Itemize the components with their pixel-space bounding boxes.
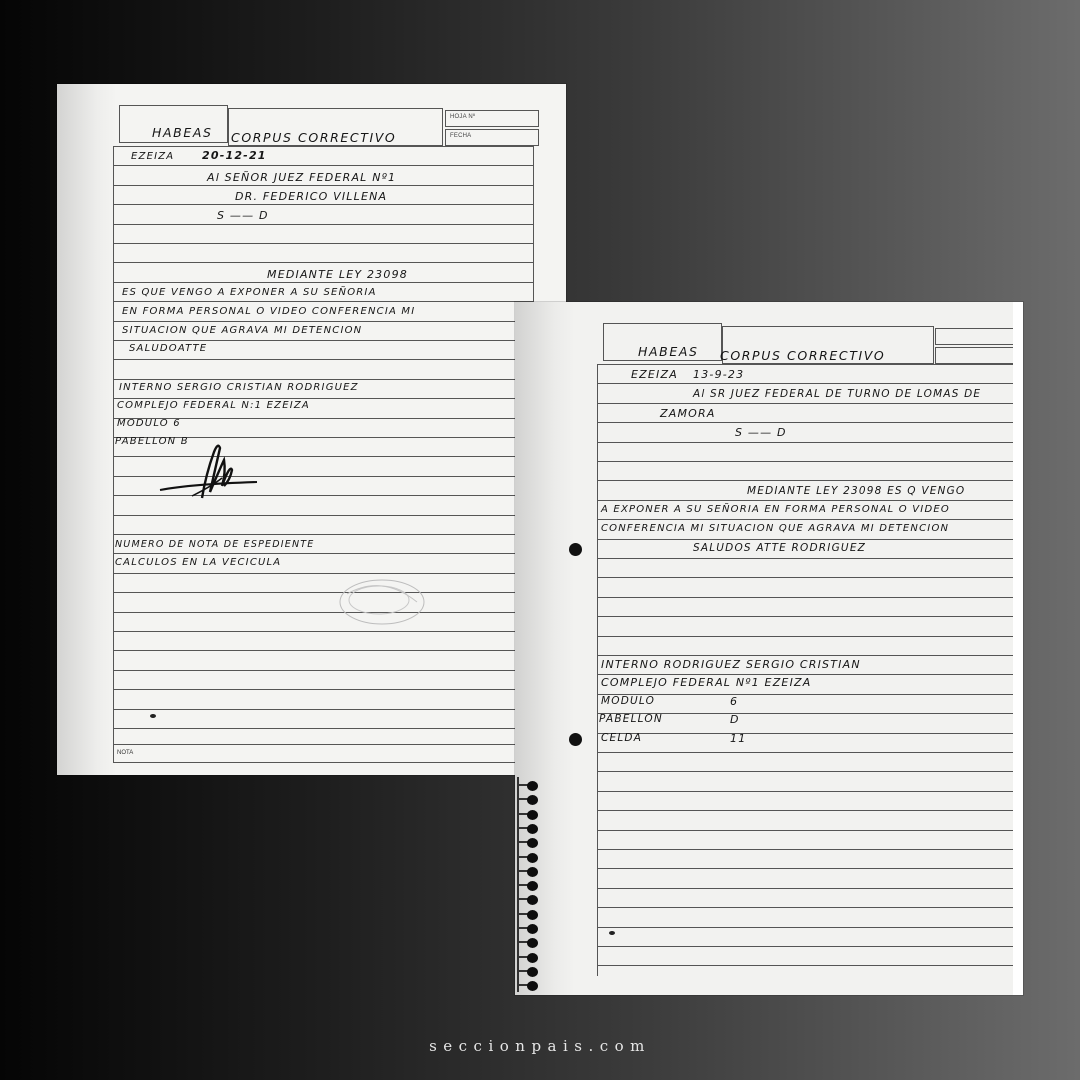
ruled-line (598, 694, 1023, 695)
spiral-coil (517, 938, 537, 948)
ruled-line (114, 243, 533, 244)
ruled-line (598, 636, 1023, 637)
ruled-line (598, 830, 1023, 831)
ruled-line (114, 165, 533, 166)
sender-line-1: INTERNO SERGIO CRISTIAN RODRIGUEZ (119, 382, 359, 393)
salutation: S —— D (217, 209, 269, 222)
ruled-line (598, 500, 1023, 501)
ruled-line (598, 383, 1023, 384)
ruled-line (598, 442, 1023, 443)
spiral-coil (517, 810, 537, 820)
title-corpus-correctivo: CORPUS CORRECTIVO (231, 130, 396, 145)
habeas-corpus-letter-2023: HABEAS CORPUS CORRECTIVO EZEIZA 13-9-23 … (515, 302, 1023, 995)
addressee-line-1: Al SEÑOR JUEZ FEDERAL Nº1 (207, 171, 396, 184)
ruled-line (598, 771, 1023, 772)
signature (152, 434, 272, 504)
spiral-coil (517, 953, 537, 963)
ruled-line (598, 655, 1023, 656)
ruled-line (598, 810, 1023, 811)
ruled-line (114, 573, 533, 574)
ruled-line (598, 577, 1023, 578)
spiral-coil (517, 781, 537, 791)
addressee-line-2: DR. FEDERICO VILLENA (235, 190, 387, 203)
sender-line-3: MODULO 6 (117, 418, 181, 429)
ruled-line (598, 403, 1023, 404)
ruled-line (598, 752, 1023, 753)
ruled-line (114, 670, 533, 671)
habeas-corpus-letter-2021: HOJA Nº FECHA NOTA HABEAS CORPUS CORRECT… (57, 84, 566, 775)
sheet-number-box: HOJA Nº (445, 110, 539, 127)
date-box: FECHA (445, 129, 539, 146)
ruled-line (598, 364, 1023, 365)
ruled-line (114, 592, 533, 593)
date-label: FECHA (450, 133, 471, 139)
ruled-line (598, 558, 1023, 559)
ruled-line (114, 515, 533, 516)
body-line-3: EN FORMA PERSONAL O VIDEO CONFERENCIA MI (122, 306, 415, 317)
site-watermark: seccionpais.com (0, 1037, 1080, 1055)
place: EZEIZA (131, 151, 174, 162)
spiral-binding (515, 777, 543, 992)
sender-line-1: INTERNO RODRIGUEZ SERGIO CRISTIAN (601, 658, 861, 671)
pavilion-value: D (730, 713, 740, 726)
ruled-line (598, 422, 1023, 423)
ruled-line (114, 224, 533, 225)
footnote-line-1: NUMERO DE NOTA DE ESPEDIENTE (115, 539, 314, 550)
place: EZEIZA (631, 368, 678, 381)
sender-line-2: COMPLEJO FEDERAL N:1 EZEIZA (117, 400, 310, 411)
ruled-line (598, 965, 1023, 966)
ruled-line (598, 461, 1023, 462)
sender-line-2: COMPLEJO FEDERAL Nº1 EZEIZA (601, 676, 811, 689)
punch-hole-bottom (569, 733, 582, 746)
ruled-line (114, 553, 533, 554)
body-line-4: SITUACION QUE AGRAVA MI DETENCION (122, 325, 362, 336)
date: 20-12-21 (202, 149, 267, 162)
salutation: S —— D (735, 426, 787, 439)
body-line-4: SALUDOS ATTE RODRIGUEZ (693, 542, 866, 554)
ruled-line (114, 709, 533, 710)
ruled-line (598, 946, 1023, 947)
ruled-line (598, 597, 1023, 598)
ruled-line (114, 204, 533, 205)
ruled-line (114, 301, 533, 302)
addressee-line-1: Al SR JUEZ FEDERAL DE TURNO DE LOMAS DE (693, 388, 981, 400)
title-habeas: HABEAS (152, 125, 213, 140)
body-line-1: MEDIANTE LEY 23098 ES Q VENGO (747, 485, 965, 497)
addressee-line-2: ZAMORA (660, 407, 716, 420)
ruled-line (114, 282, 533, 283)
ruled-line (598, 868, 1023, 869)
date: 13-9-23 (693, 368, 744, 381)
ruled-line (114, 185, 533, 186)
cell-label: CELDA (601, 732, 642, 744)
ruled-line (114, 689, 533, 690)
spiral-coil (517, 924, 537, 934)
spiral-coil (517, 795, 537, 805)
ruled-line (114, 379, 533, 380)
body-line-3: CONFERENCIA MI SITUACION QUE AGRAVA MI D… (601, 523, 949, 534)
body-line-2: ES QUE VENGO A EXPONER A SU SEÑORIA (122, 287, 377, 298)
note-label: NOTA (117, 750, 133, 756)
pavilion-label: PABELLON (599, 713, 663, 725)
ruled-line (598, 849, 1023, 850)
ruled-line (114, 728, 533, 729)
ruled-line (598, 480, 1023, 481)
spiral-coil (517, 867, 537, 877)
body-line-1: MEDIANTE LEY 23098 (267, 268, 408, 281)
ink-speck (150, 714, 156, 718)
ruled-line (598, 733, 1023, 734)
ruled-line (114, 321, 533, 322)
ruled-line (598, 519, 1023, 520)
pencil-smudge (327, 564, 437, 644)
title-habeas: HABEAS (638, 344, 699, 359)
spiral-coil (517, 824, 537, 834)
spiral-coil (517, 910, 537, 920)
ruled-line (114, 359, 533, 360)
ruled-line (598, 888, 1023, 889)
ruled-line (598, 539, 1023, 540)
ink-speck (609, 931, 615, 935)
ruled-line (598, 791, 1023, 792)
ruled-line (114, 631, 533, 632)
ruled-line (598, 907, 1023, 908)
ruled-line (114, 534, 533, 535)
ruled-line (114, 146, 533, 147)
ruled-line (114, 262, 533, 263)
date-box (935, 347, 1022, 364)
spiral-coil (517, 881, 537, 891)
body-line-5: SALUDOATTE (129, 343, 207, 354)
title-corpus-correctivo: CORPUS CORRECTIVO (720, 348, 885, 363)
spiral-coil (517, 967, 537, 977)
module-value: 6 (730, 695, 738, 708)
ruled-line (598, 616, 1023, 617)
spiral-coil (517, 853, 537, 863)
ruled-line (114, 340, 533, 341)
footnote-line-2: CALCULOS EN LA VECICULA (115, 557, 281, 568)
body-line-2: A EXPONER A SU SEÑORIA EN FORMA PERSONAL… (601, 504, 950, 515)
ruled-line (598, 927, 1023, 928)
spiral-coil (517, 838, 537, 848)
punch-hole-top (569, 543, 582, 556)
module-label: MODULO (601, 695, 655, 707)
ruled-line (114, 612, 533, 613)
note-box: NOTA (113, 744, 534, 763)
ruled-line (114, 650, 533, 651)
spiral-coil (517, 895, 537, 905)
sheet-number-label: HOJA Nº (450, 114, 475, 120)
sheet-number-box (935, 328, 1022, 345)
cell-value: 11 (730, 732, 746, 745)
spiral-coil (517, 981, 537, 991)
